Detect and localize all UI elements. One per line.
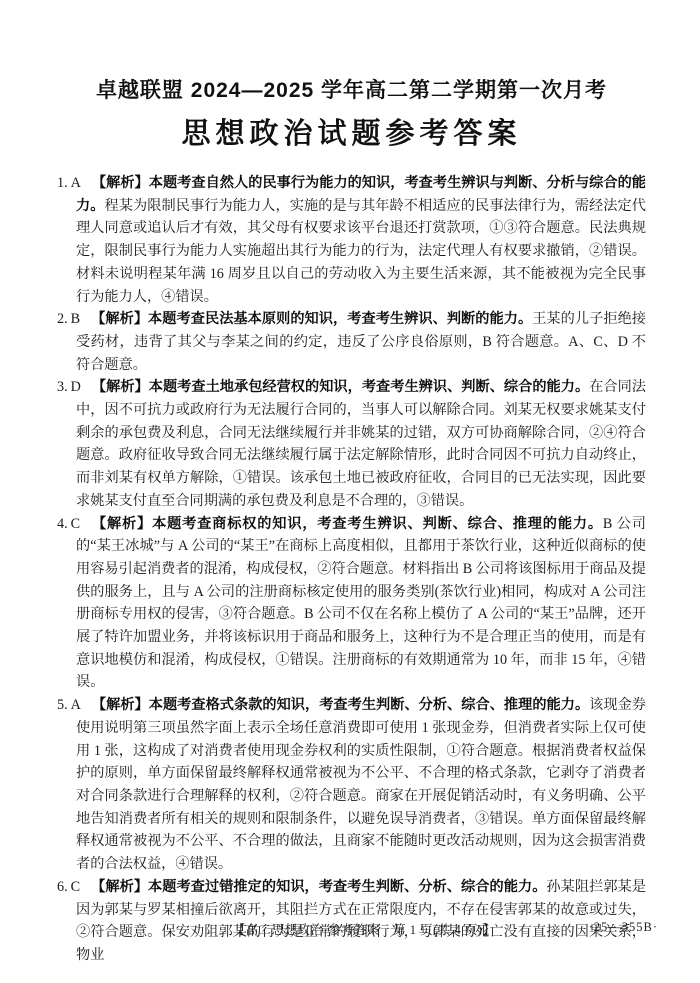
answer-item-1: 1.A【解析】本题考查自然人的民事行为能力的知识，考查考生辨识与判断、分析与综合…: [57, 172, 646, 308]
question-number: 5.: [57, 697, 68, 713]
analysis-heading: 【解析】本题考查格式条款的知识，考查考生判断、分析、综合、推理的能力。: [92, 697, 589, 713]
question-number: 4.: [57, 516, 68, 532]
document-page: 卓越联盟 2024—2025 学年高二第二学期第一次月考 思想政治试题参考答案 …: [0, 0, 700, 983]
analysis-body: 程某为限制民事行为能力人，实施的是与其年龄不相适应的民事法律行为，需经法定代理人…: [76, 198, 646, 305]
question-number: 6.: [57, 879, 68, 895]
analysis-heading: 【解析】本题考查商标权的知识，考查考生辨识、判断、综合、推理的能力。: [91, 516, 603, 532]
answer-item-5: 5.A【解析】本题考查格式条款的知识，考查考生判断、分析、综合、推理的能力。该现…: [57, 694, 646, 876]
page-footer: 【高二思想政治·参考答案 第 1 页(共 4 页)】 ·25—355B·: [0, 920, 700, 940]
answer-item-3: 3.D【解析】本题考查土地承包经营权的知识，考查考生辨识、判断、综合的能力。在合…: [57, 376, 646, 512]
answer-letter: A: [71, 175, 81, 191]
analysis-body: B 公司的“某王冰城”与 A 公司的“某王”在商标上高度相似，且都用于茶饮行业，…: [76, 516, 646, 691]
footer-page-info: 【高二思想政治·参考答案 第 1 页(共 4 页)】: [233, 920, 496, 938]
answer-item-4: 4.C【解析】本题考查商标权的知识，考查考生辨识、判断、综合、推理的能力。B 公…: [57, 513, 646, 695]
answer-letter: C: [71, 516, 80, 532]
analysis-body: 该现金券使用说明第三项虽然字面上表示全场任意消费即可使用 1 张现金券，但消费者…: [76, 697, 646, 872]
answer-letter: B: [71, 311, 80, 327]
question-number: 1.: [57, 175, 68, 191]
answers-list: 1.A【解析】本题考查自然人的民事行为能力的知识，考查考生辨识与判断、分析与综合…: [57, 172, 646, 967]
answer-letter: A: [71, 697, 81, 713]
page-content: 卓越联盟 2024—2025 学年高二第二学期第一次月考 思想政治试题参考答案 …: [0, 0, 700, 967]
answer-item-2: 2.B【解析】本题考查民法基本原则的知识，考查考生辨识、判断的能力。王某的儿子拒…: [57, 308, 646, 376]
footer-paper-code: ·25—355B·: [589, 920, 658, 935]
analysis-heading: 【解析】本题考查土地承包经营权的知识，考查考生辨识、判断、综合的能力。: [92, 379, 589, 395]
analysis-body: 在合同法中，因不可抗力或政府行为无法履行合同的，当事人可以解除合同。刘某无权要求…: [76, 379, 646, 509]
analysis-heading: 【解析】本题考查过错推定的知识，考查考生判断、分析、综合的能力。: [91, 879, 546, 895]
question-number: 2.: [57, 311, 68, 327]
analysis-heading: 【解析】本题考查民法基本原则的知识，考查考生辨识、判断的能力。: [91, 311, 532, 327]
exam-title: 卓越联盟 2024—2025 学年高二第二学期第一次月考: [57, 74, 646, 104]
answer-letter: D: [71, 379, 81, 395]
question-number: 3.: [57, 379, 68, 395]
answer-letter: C: [71, 879, 80, 895]
document-title: 思想政治试题参考答案: [57, 111, 646, 152]
